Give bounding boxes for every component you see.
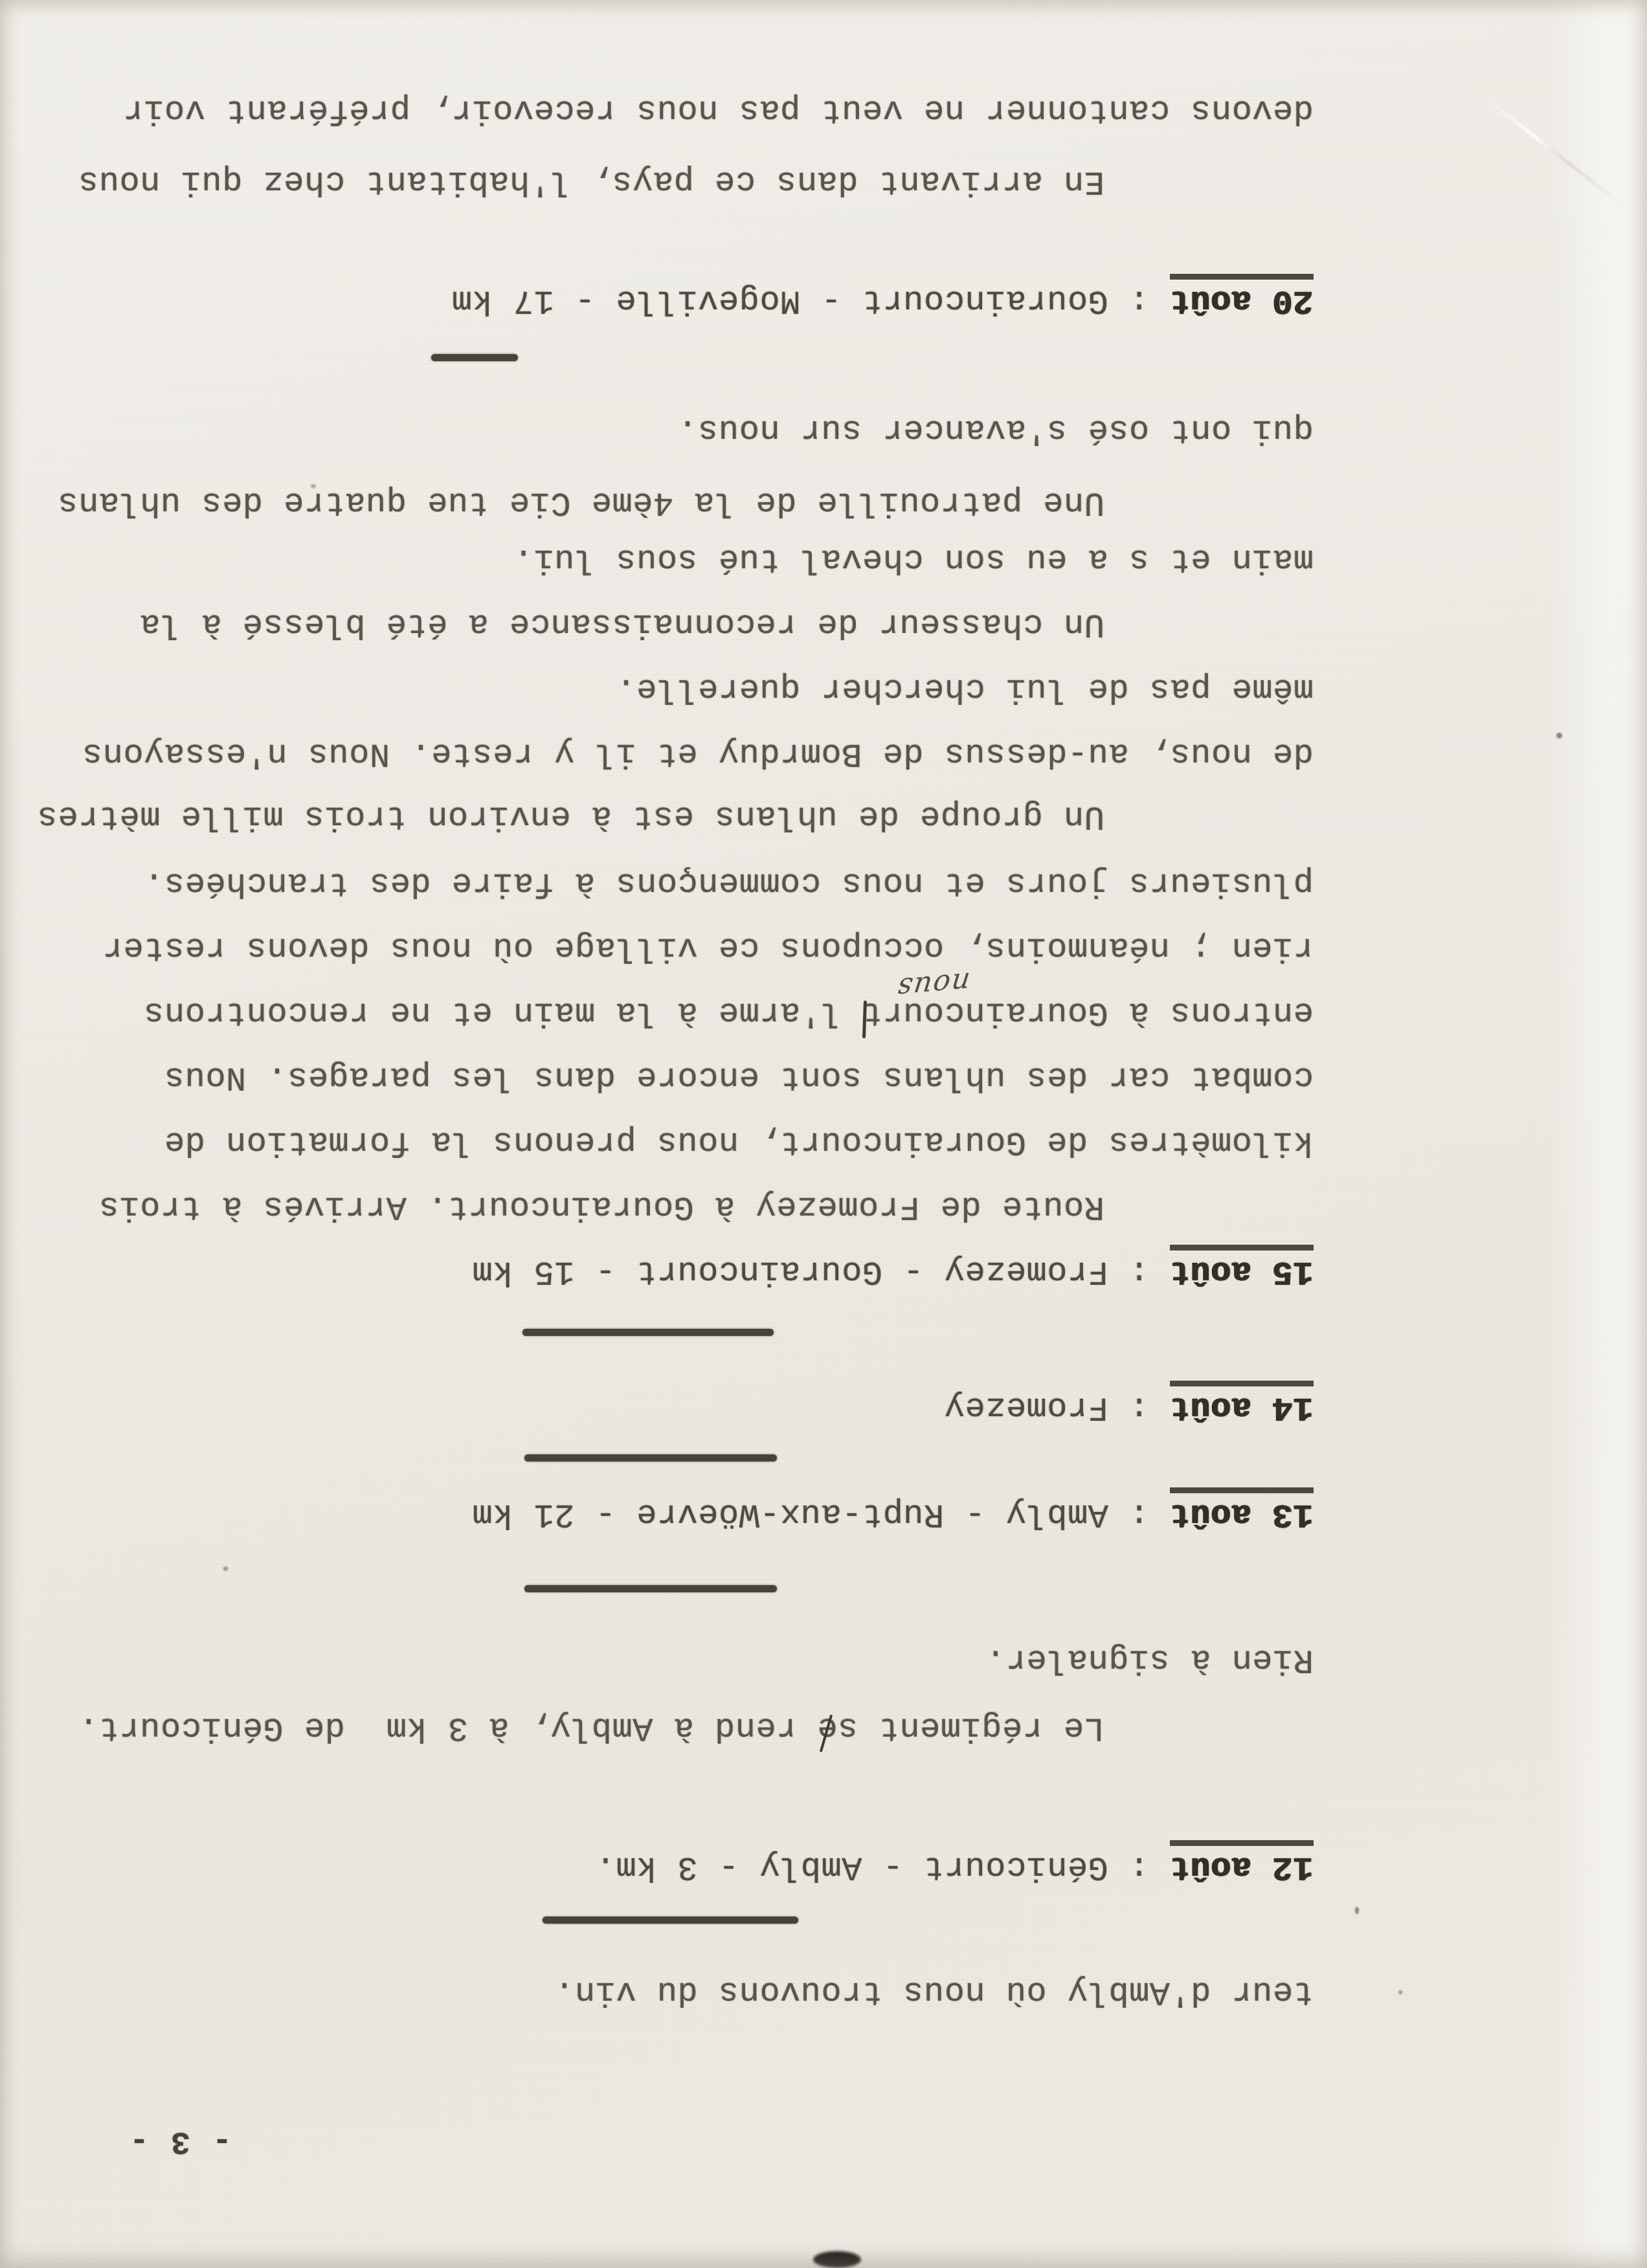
date-heading: 12 août : Génicourt - Ambly - 3 km. bbox=[595, 1849, 1314, 1885]
typed-line: devons cantonner ne veut pas nous recevo… bbox=[123, 92, 1314, 128]
typed-line: Une patrouille de la 4ème Cie tue quatre… bbox=[58, 484, 1104, 520]
date-label: 12 août bbox=[1170, 1840, 1314, 1886]
typed-line: Un groupe de uhlans est à environ trois … bbox=[37, 798, 1104, 834]
typed-underline-rule bbox=[431, 354, 518, 361]
handwritten-insertion: nous bbox=[894, 966, 972, 1006]
scanned-document-sheet: - 3 - teur d'Ambly où nous trouvons du v… bbox=[0, 0, 1647, 2268]
date-heading: 13 août : Ambly - Rupt-aux-Wöevre - 21 k… bbox=[472, 1496, 1314, 1532]
typed-underline-rule bbox=[543, 1917, 798, 1924]
typed-line: Le régiment se rend à Ambly, à 3 km de G… bbox=[78, 1709, 1104, 1746]
heading-route-text: : Fromezey - Gouraincourt - 15 km bbox=[472, 1252, 1170, 1291]
date-label: 14 août bbox=[1170, 1381, 1314, 1427]
typed-line: même pas de lui chercher querelle. bbox=[616, 671, 1314, 707]
typed-underline-rule bbox=[524, 1585, 777, 1592]
heading-route-text: : Génicourt - Ambly - 3 km. bbox=[595, 1848, 1170, 1886]
typed-line: kilomètres de Gouraincourt, nous prenons… bbox=[164, 1124, 1314, 1160]
date-heading: 20 août : Gouraincourt - Mogeville - 17 … bbox=[451, 282, 1314, 318]
typed-line: de nous, au-dessus de Bomrduy et il y re… bbox=[82, 735, 1314, 772]
date-label: 20 août bbox=[1170, 274, 1314, 320]
page-number: - 3 - bbox=[128, 2122, 232, 2159]
typed-line: rien ; néanmoins, occupons ce village où… bbox=[102, 929, 1314, 966]
typed-line: En arrivant dans ce pays, l'habitant che… bbox=[78, 163, 1104, 199]
typed-underline-rule bbox=[522, 1329, 774, 1336]
typed-line: Rien à signaler. bbox=[985, 1641, 1314, 1678]
pen-mark bbox=[862, 1001, 867, 1038]
typed-line: entrons à Gouraincourt l'arme à la main … bbox=[144, 994, 1314, 1030]
typed-line: qui ont osé s'avancer sur nous. bbox=[677, 412, 1314, 448]
typed-underline-rule bbox=[524, 1454, 777, 1462]
page-content-rotated-180: - 3 - teur d'Ambly où nous trouvons du v… bbox=[0, 0, 1647, 2268]
heading-route-text: : Gouraincourt - Mogeville - 17 km bbox=[451, 282, 1170, 320]
typed-line: Un chasseur de reconnaissance a été bles… bbox=[140, 606, 1104, 642]
date-heading: 15 août : Fromezey - Gouraincourt - 15 k… bbox=[472, 1253, 1314, 1289]
date-label: 13 août bbox=[1170, 1487, 1314, 1533]
heading-route-text: : Fromezey bbox=[944, 1388, 1170, 1427]
typed-line: Route de Fromezey à Gouraincourt. Arrivé… bbox=[98, 1188, 1104, 1225]
typed-line: main et s a eu son cheval tué sous lui. bbox=[513, 541, 1314, 577]
typed-line: plusieurs jours et nous commençons à fai… bbox=[144, 865, 1314, 901]
date-heading: 14 août : Fromezey bbox=[944, 1389, 1314, 1425]
heading-route-text: : Ambly - Rupt-aux-Wöevre - 21 km bbox=[472, 1495, 1170, 1533]
typed-line: teur d'Ambly où nous trouvons du vin. bbox=[554, 1973, 1314, 2010]
typed-line: combat car des uhlans sont encore dans l… bbox=[164, 1059, 1314, 1095]
date-label: 15 août bbox=[1170, 1245, 1314, 1291]
